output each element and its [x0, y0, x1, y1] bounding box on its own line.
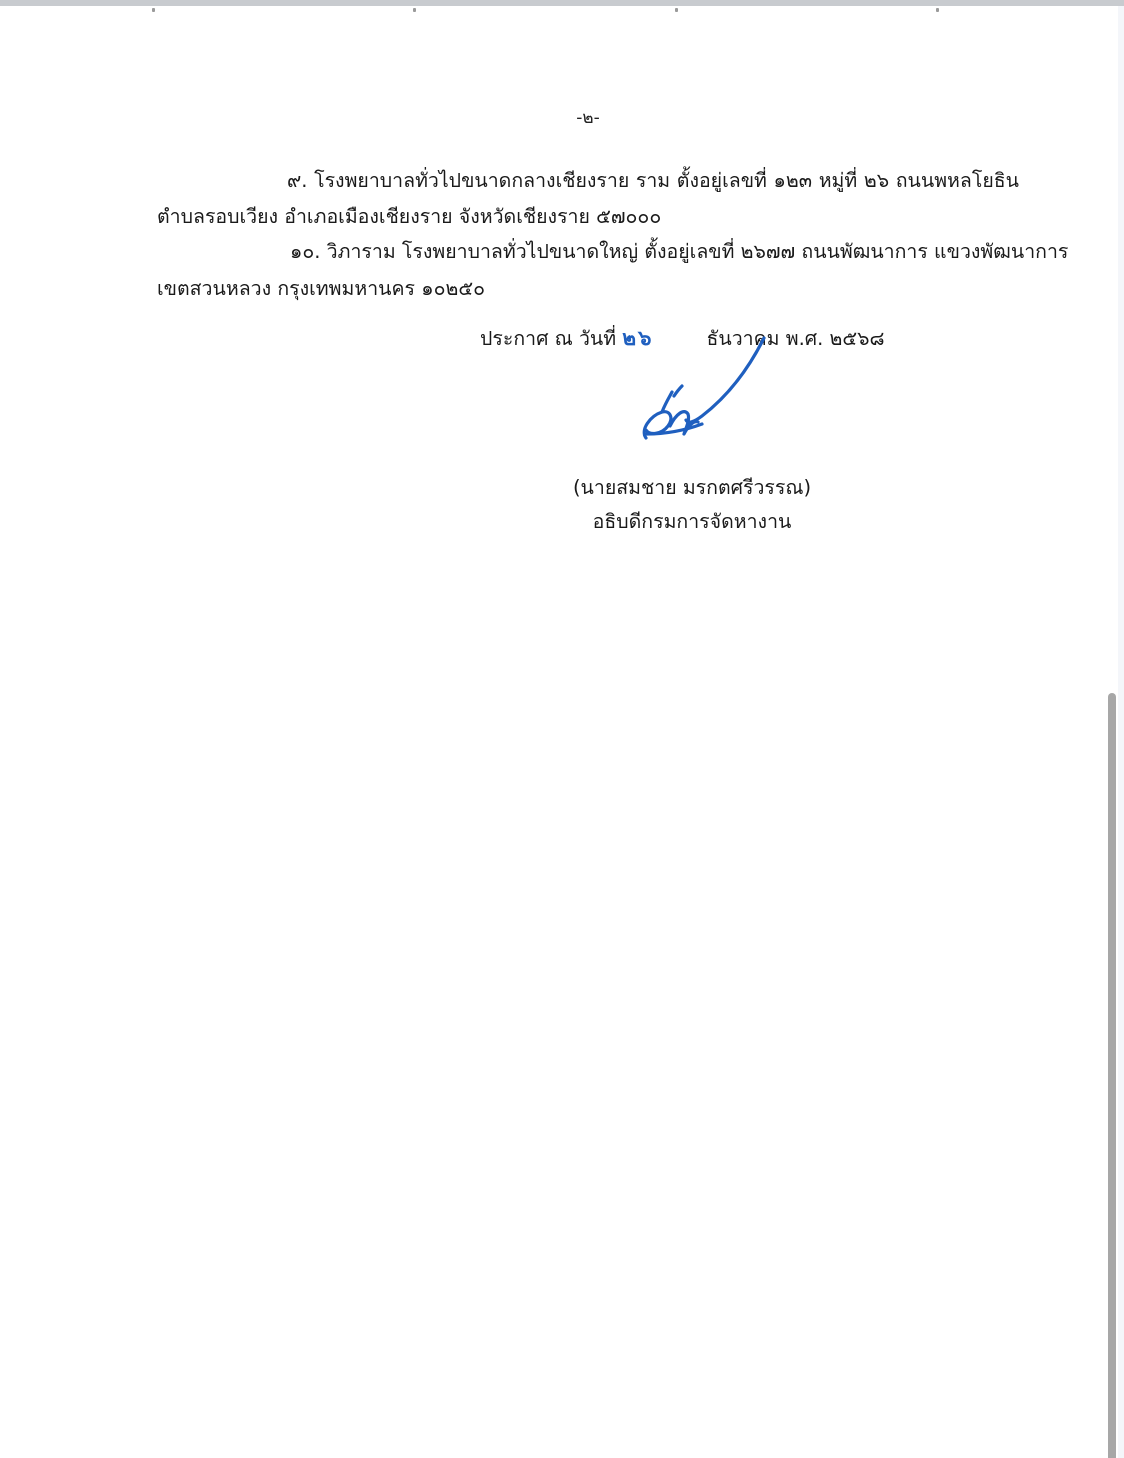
page-number: -๒-	[560, 104, 616, 131]
scrollbar-thumb[interactable]	[1108, 693, 1116, 1458]
item-10-line-1: ๑๐. วิภาราม โรงพยาบาลทั่วไปขนาดใหญ่ ตั้ง…	[290, 239, 1019, 265]
item-9-line-2: ตำบลรอบเวียง อำเภอเมืองเชียงราย จังหวัดเ…	[157, 204, 661, 230]
scroll-track[interactable]	[1118, 6, 1124, 1458]
item-10-line-2: เขตสวนหลวง กรุงเทพมหานคร ๑๐๒๕๐	[157, 276, 485, 302]
signature-icon	[636, 330, 776, 450]
document-page: -๒- ๙. โรงพยาบาลทั่วไปขนาดกลางเชียงราย ร…	[0, 6, 1100, 1458]
date-prefix: ประกาศ ณ วันที่	[480, 327, 616, 350]
item-9-line-1: ๙. โรงพยาบาลทั่วไปขนาดกลางเชียงราย ราม ต…	[287, 168, 1019, 194]
signer-title: อธิบดีกรมการจัดหางาน	[560, 508, 824, 536]
signer-name: (นายสมชาย มรกตศรีวรรณ)	[560, 474, 824, 502]
